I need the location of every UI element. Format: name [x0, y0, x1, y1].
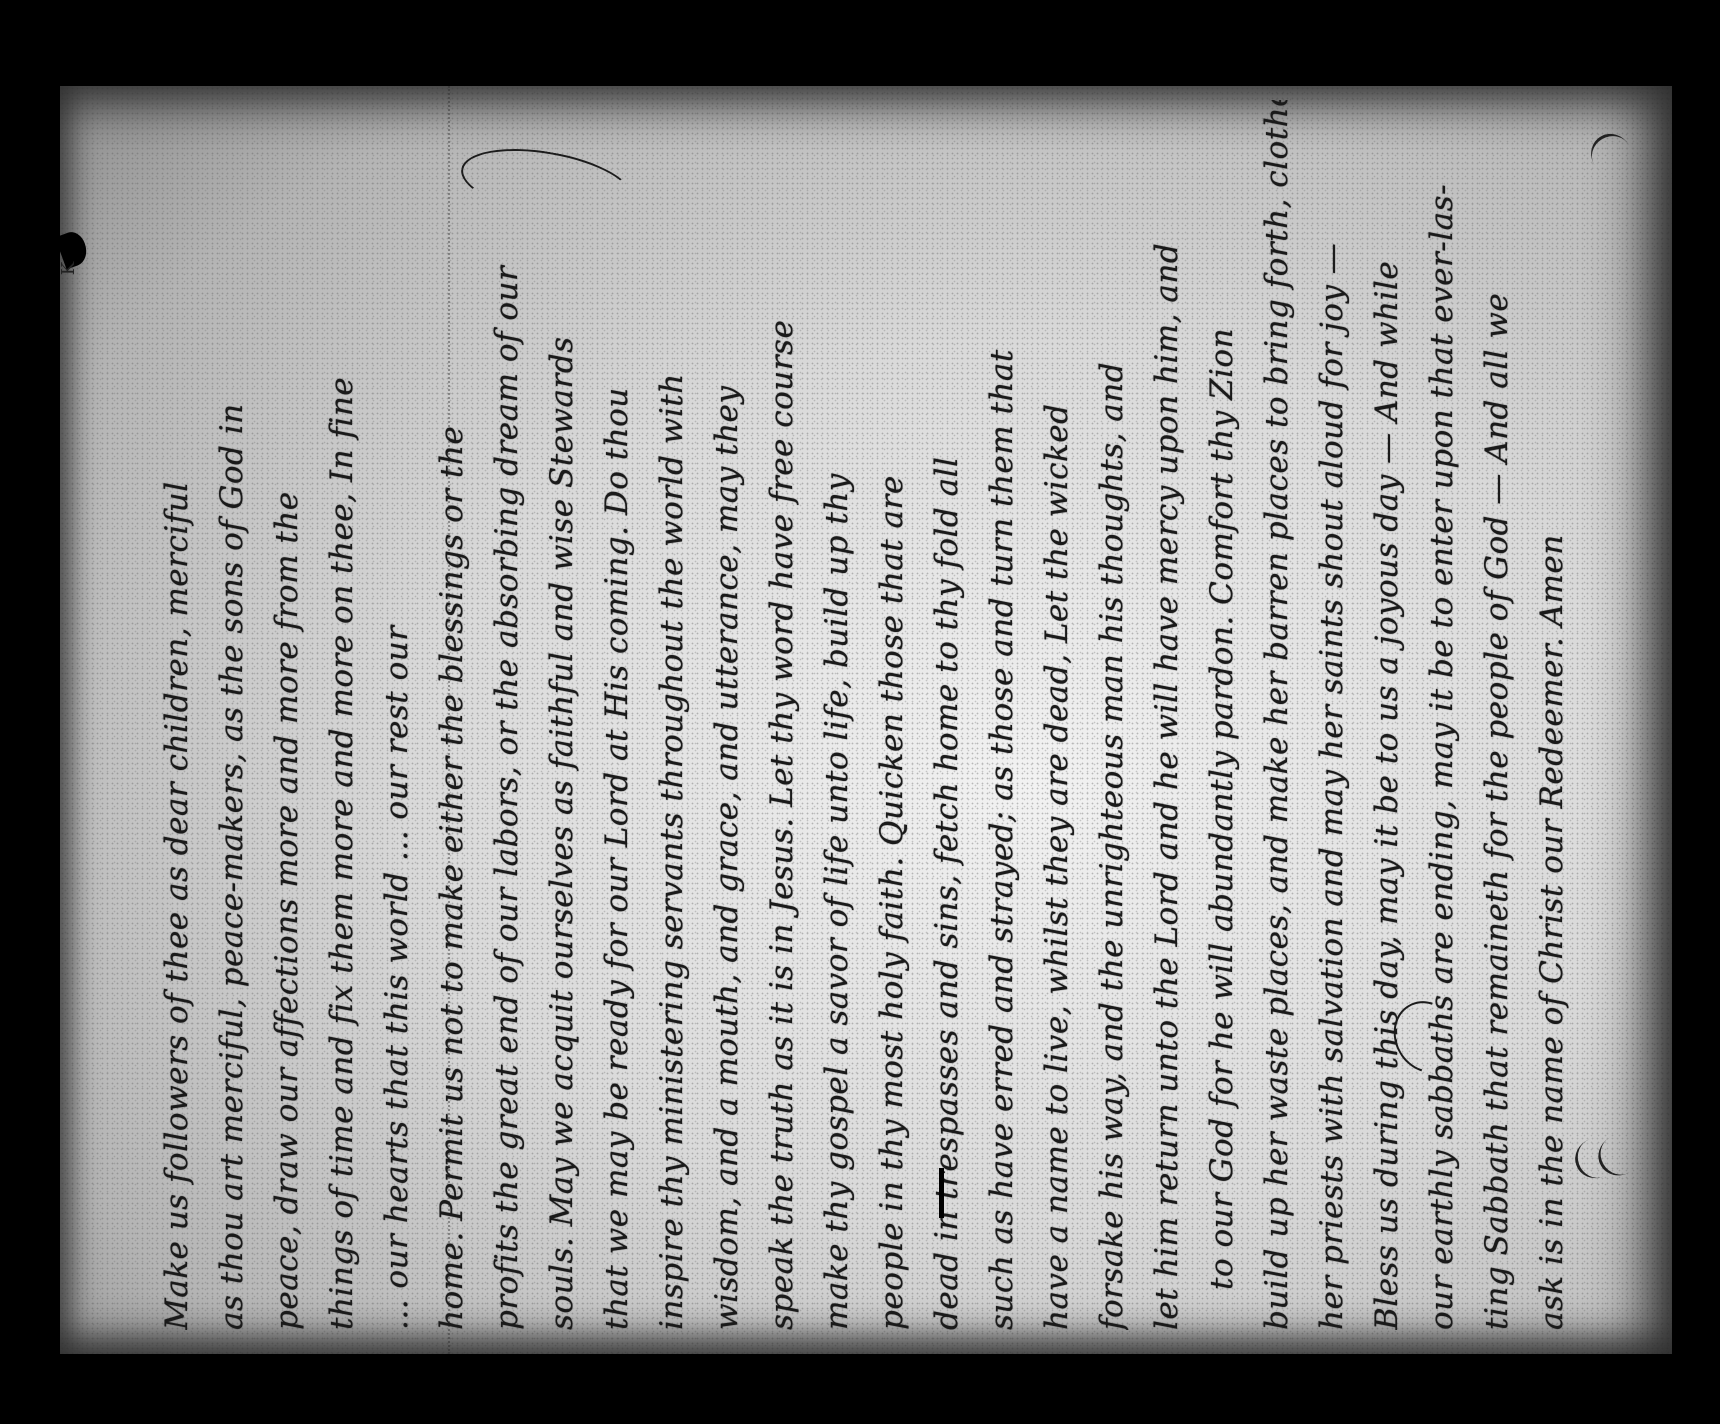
text-line-23: Bless us during this day, may it be to u… — [1360, 100, 1415, 1330]
text-line-11: wisdom, and a mouth, and grace, and utte… — [700, 100, 755, 1330]
text-line-1: Make us followers of thee as dear childr… — [150, 100, 205, 1330]
text-line-16: such as have erred and strayed; as those… — [975, 100, 1030, 1330]
text-line-13: make thy gospel a savor of life unto lif… — [810, 100, 865, 1330]
text-line-4: things of time and fix them more and mor… — [315, 100, 370, 1330]
text-line-2: as thou art merciful, peace-makers, as t… — [205, 100, 260, 1330]
text-line-17: have a name to live, whilst they are dea… — [1030, 100, 1085, 1330]
text-line-8: souls. May we acquit ourselves as faithf… — [535, 100, 590, 1330]
text-line-9: that we may be ready for our Lord at His… — [590, 100, 645, 1330]
text-line-7: profits the great end of our labors, or … — [480, 100, 535, 1330]
text-line-21: build up her waste places, and make her … — [1250, 100, 1305, 1330]
text-line-5: ... our hearts that this world ... our r… — [370, 100, 425, 1330]
scan-canvas: K Make us followers of thee as dear chil… — [0, 0, 1720, 1424]
text-line-3: peace, draw our affections more and more… — [260, 100, 315, 1330]
text-line-12: speak the truth as it is in Jesus. Let t… — [755, 100, 810, 1330]
ink-rule-mark — [939, 1168, 944, 1218]
text-line-15: dead in trespasses and sins, fetch home … — [920, 100, 975, 1330]
text-line-25: ting Sabbath that remaineth for the peop… — [1470, 100, 1525, 1330]
text-line-18: forsake his way, and the unrighteous man… — [1085, 100, 1140, 1330]
text-line-20: to our God for he will abundantly pardon… — [1195, 100, 1250, 1330]
text-line-19: let him return unto the Lord and he will… — [1140, 100, 1195, 1330]
text-line-6: home. Permit us not to make either the b… — [425, 100, 480, 1330]
handwritten-text-block: Make us followers of thee as dear childr… — [150, 100, 1580, 1330]
margin-mark: K — [58, 262, 79, 275]
text-line-26: ask is in the name of Christ our Redeeme… — [1525, 100, 1580, 1330]
text-line-24: our earthly sabbaths are ending, may it … — [1415, 100, 1470, 1330]
text-line-22: her priests with salvation and may her s… — [1305, 100, 1360, 1330]
text-line-10: inspire thy ministering servants through… — [645, 100, 700, 1330]
text-line-14: people in thy most holy faith. Quicken t… — [865, 100, 920, 1330]
